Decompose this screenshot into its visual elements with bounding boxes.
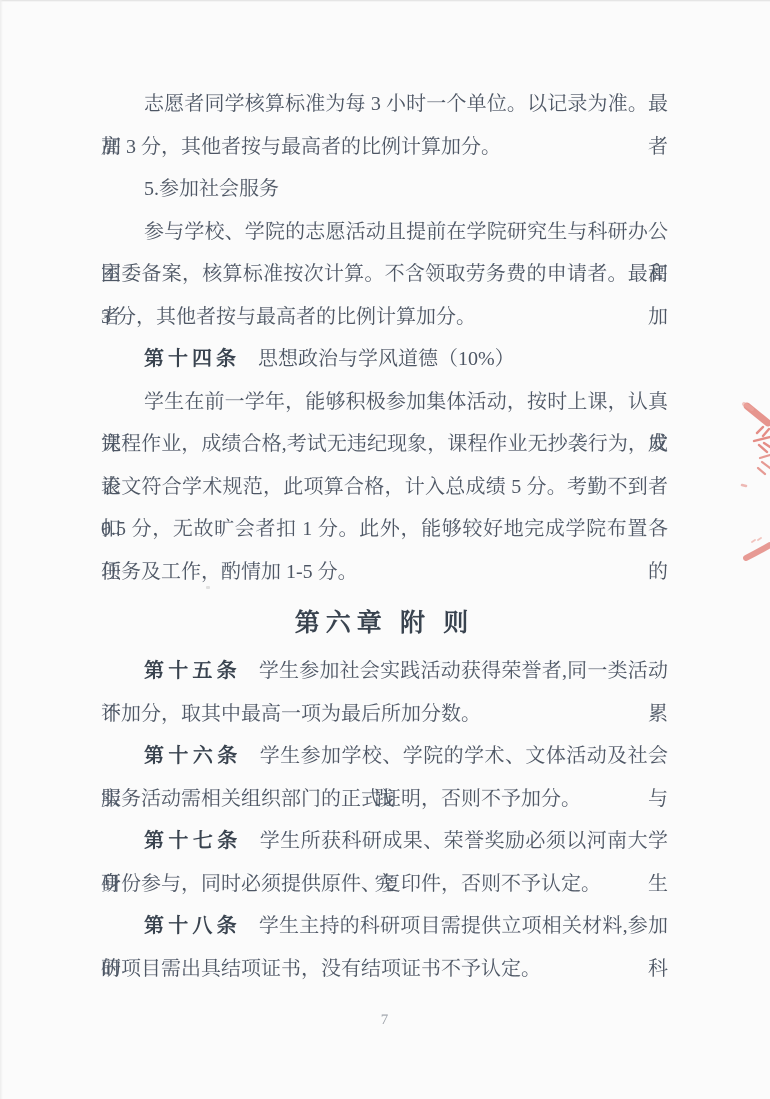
- article-number-label: 第十四条: [144, 348, 240, 370]
- text-line: 课程作业，成绩合格,考试无违纪现象，课程作业无抄袭行为，发表: [101, 423, 668, 466]
- document-body: 志愿者同学核算标准为每 3 小时一个单位。以记录为准。最高者加 3 分，其他者按…: [101, 83, 668, 990]
- text-line: 第十五条学生参加社会实践活动获得荣誉者,同一类活动不累: [101, 650, 668, 693]
- article-number-label: 第十六条: [144, 745, 242, 767]
- text-line: 论文符合学术规范，此项算合格，计入总成绩 5 分。考勤不到者扣: [101, 466, 668, 509]
- seal-small-characters: [752, 538, 761, 542]
- text-line: 0.5 分，无故旷会者扣 1 分。此外，能够较好地完成学院布置各项的: [101, 508, 668, 551]
- seal-character-cluster: [754, 427, 770, 452]
- text-line: 志愿者同学核算标准为每 3 小时一个单位。以记录为准。最高者: [101, 83, 668, 126]
- scan-speck-artifact: [206, 586, 210, 589]
- article-number-label: 第十七条: [144, 830, 242, 852]
- text-line: 第十七条学生所获科研成果、荣誉奖励必须以河南大学研究生: [101, 820, 668, 863]
- seal-speck: [742, 485, 746, 486]
- text-line: 参与学校、学院的志愿活动且提前在学院研究生与科研办公室和: [101, 211, 668, 254]
- scan-edge-top: [0, 0, 770, 2]
- document-page: 志愿者同学核算标准为每 3 小时一个单位。以记录为准。最高者加 3 分，其他者按…: [0, 0, 770, 1099]
- seal-character-cluster-2: [758, 455, 770, 474]
- article-number-label: 第十八条: [144, 915, 241, 937]
- text-line: 5.参加社会服务: [101, 168, 668, 211]
- text-line: 身份参与，同时必须提供原件、复印件，否则不予认定。: [101, 863, 668, 906]
- chapter-heading: 第六章 附 则: [101, 593, 668, 650]
- text-line: 学生在前一学年，能够积极参加集体活动，按时上课，认真完成: [101, 381, 668, 424]
- text-line: 第十四条思想政治与学风道德（10%）: [101, 338, 668, 381]
- seal-rim-arc: [746, 545, 770, 558]
- text-line: 团委备案，核算标准按次计算。不含领取劳务费的申请者。最高者加: [101, 253, 668, 296]
- article-number-label: 第十五条: [144, 660, 241, 682]
- line-text: 思想政治与学风道德（10%）: [258, 348, 515, 370]
- page-number: 7: [0, 1012, 770, 1029]
- red-seal-stamp-fragment: [734, 395, 770, 585]
- scan-edge-left: [0, 0, 3, 1099]
- text-line: 第十六条学生参加学校、学院的学术、文体活动及社会实践与: [101, 735, 668, 778]
- text-line: 第十八条学生主持的科研项目需提供立项相关材料,参加的科: [101, 905, 668, 948]
